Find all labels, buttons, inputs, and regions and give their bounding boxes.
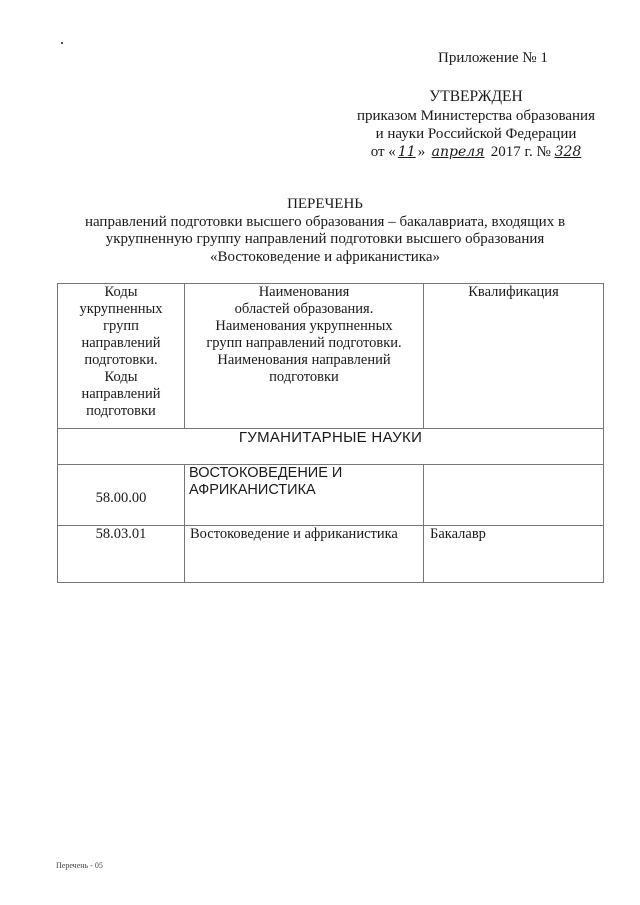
header-codes-line: укрупненных [62, 301, 180, 318]
row-qualification: Бакалавр [424, 526, 604, 583]
approval-date-line: от «11» апреля 2017 г. № 328 [340, 143, 612, 161]
header-codes-line: подготовки [62, 403, 180, 420]
header-codes-line: Коды [62, 284, 180, 301]
document-heading: ПЕРЕЧЕНЬ направлений подготовки высшего … [70, 196, 580, 266]
header-names-line: подготовки [189, 369, 419, 386]
date-mid: » [418, 144, 426, 160]
row-code: 58.00.00 [58, 465, 185, 526]
header-names-line: Наименования укрупненных [189, 318, 419, 335]
header-codes-line: направлений [62, 335, 180, 352]
date-year: 2017 г. № [491, 144, 551, 160]
handwritten-day: 11 [396, 143, 418, 161]
appendix-label: Приложение № 1 [438, 50, 548, 67]
header-codes-line: групп [62, 318, 180, 335]
header-qualification: Квалификация [424, 284, 604, 429]
row-name-line: ВОСТОКОВЕДЕНИЕ И [189, 465, 419, 482]
row-name: ВОСТОКОВЕДЕНИЕ И АФРИКАНИСТИКА [185, 465, 424, 526]
header-codes-line: подготовки. [62, 352, 180, 369]
table-row: 58.00.00 ВОСТОКОВЕДЕНИЕ И АФРИКАНИСТИКА [58, 465, 604, 526]
header-names-line: областей образования. [189, 301, 419, 318]
header-names-line: Наименования [189, 284, 419, 301]
directions-table: Коды укрупненных групп направлений подго… [57, 283, 604, 583]
header-names-line: Наименования направлений [189, 352, 419, 369]
handwritten-month: апреля [429, 143, 487, 161]
row-name-line: АФРИКАНИСТИКА [189, 482, 419, 499]
section-title: ГУМАНИТАРНЫЕ НАУКИ [58, 429, 604, 465]
approval-title: УТВЕРЖДЕН [340, 88, 612, 106]
approval-line-2: и науки Российской Федерации [340, 125, 612, 143]
page-footer: Перечень - 05 [56, 861, 103, 870]
handwritten-order-number: 328 [555, 143, 582, 161]
row-code: 58.03.01 [58, 526, 185, 583]
heading-line-1: направлений подготовки высшего образован… [70, 214, 580, 232]
section-row: ГУМАНИТАРНЫЕ НАУКИ [58, 429, 604, 465]
approval-line-1: приказом Министерства образования [340, 107, 612, 125]
row-qualification [424, 465, 604, 526]
table-row: 58.03.01 Востоковедение и африканистика … [58, 526, 604, 583]
table-header-row: Коды укрупненных групп направлений подго… [58, 284, 604, 429]
row-name: Востоковедение и африканистика [185, 526, 424, 583]
header-names: Наименования областей образования. Наиме… [185, 284, 424, 429]
scan-speck [61, 42, 63, 44]
date-prefix: от « [371, 144, 396, 160]
heading-title: ПЕРЕЧЕНЬ [70, 196, 580, 214]
heading-line-3: «Востоковедение и африканистика» [70, 249, 580, 267]
header-names-line: групп направлений подготовки. [189, 335, 419, 352]
header-codes-line: направлений [62, 386, 180, 403]
header-codes-line: Коды [62, 369, 180, 386]
header-codes: Коды укрупненных групп направлений подго… [58, 284, 185, 429]
heading-line-2: укрупненную группу направлений подготовк… [70, 231, 580, 249]
approval-block: УТВЕРЖДЕН приказом Министерства образова… [340, 88, 612, 161]
